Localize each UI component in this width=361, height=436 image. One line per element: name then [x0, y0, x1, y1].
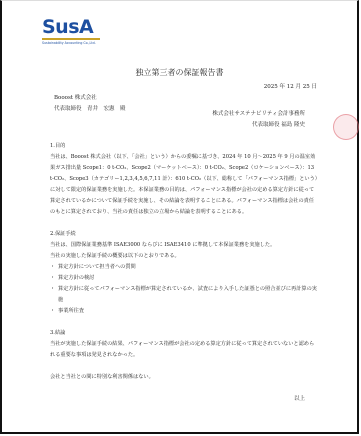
issuer-company: 株式会社サステナビリティ会計事務所 — [212, 109, 305, 120]
section-heading-conclusion: 3.結論 — [50, 328, 318, 339]
issuer-representative: 代表取締役 福島 隆史 — [212, 120, 305, 131]
document-title: 独立第三者の保証報告書 — [2, 67, 357, 78]
recipient-company: Booost 株式会社 — [54, 93, 126, 104]
issuer-block: 株式会社サステナビリティ会計事務所 代表取締役 福島 隆史 — [212, 109, 305, 131]
section-procedures-text-1: 当社は、国際保証業務基準 ISAE3000 ならびに ISAE3410 に準拠し… — [50, 240, 318, 251]
procedure-bullet: 算定方針の検討 — [50, 273, 318, 284]
section-purpose-text: 当社は、Booost 株式会社（以下、「会社」という）からの委嘱に基づき、202… — [50, 152, 318, 218]
procedure-bullet: 算定方針に従ってパフォーマンス指標が算定されているか、試査により入手した証憑との… — [50, 284, 318, 306]
logo-wordmark: SusA — [42, 17, 106, 37]
logo-subtitle: Sustainability Accounting Co.,Ltd. — [42, 41, 106, 45]
company-logo: SusA Sustainability Accounting Co.,Ltd. — [42, 17, 106, 45]
recipient-representative: 代表取締役 青井 宏憲 殿 — [54, 104, 126, 115]
section-procedures-text-2: 当社の実施した保証手続の概要は以下のとおりである。 — [50, 251, 318, 262]
procedure-bullet: 事業所往査 — [50, 306, 318, 317]
report-page: SusA Sustainability Accounting Co.,Ltd. … — [0, 0, 359, 434]
section-heading-purpose: 1.目的 — [50, 141, 318, 152]
report-body: 1.目的 当社は、Booost 株式会社（以下、「会社」という）からの委嘱に基づ… — [50, 141, 318, 383]
document-date: 2025 年 12 月 25 日 — [264, 82, 317, 90]
logo-underline — [42, 38, 100, 40]
closing-mark: 以上 — [294, 394, 305, 402]
procedure-bullet: 算定方針について担当者への質問 — [50, 262, 318, 273]
section-heading-procedures: 2.保証手続 — [50, 229, 318, 240]
seal-stamp-icon — [333, 114, 359, 140]
section-conclusion-text: 当社が実施した保証手続の結果、パフォーマンス指標が会社の定める算定方針に従って算… — [50, 339, 318, 361]
recipient-block: Booost 株式会社 代表取締役 青井 宏憲 殿 — [54, 93, 126, 115]
independence-statement: 会社と当社との間に特別な利害関係はない。 — [50, 372, 318, 383]
